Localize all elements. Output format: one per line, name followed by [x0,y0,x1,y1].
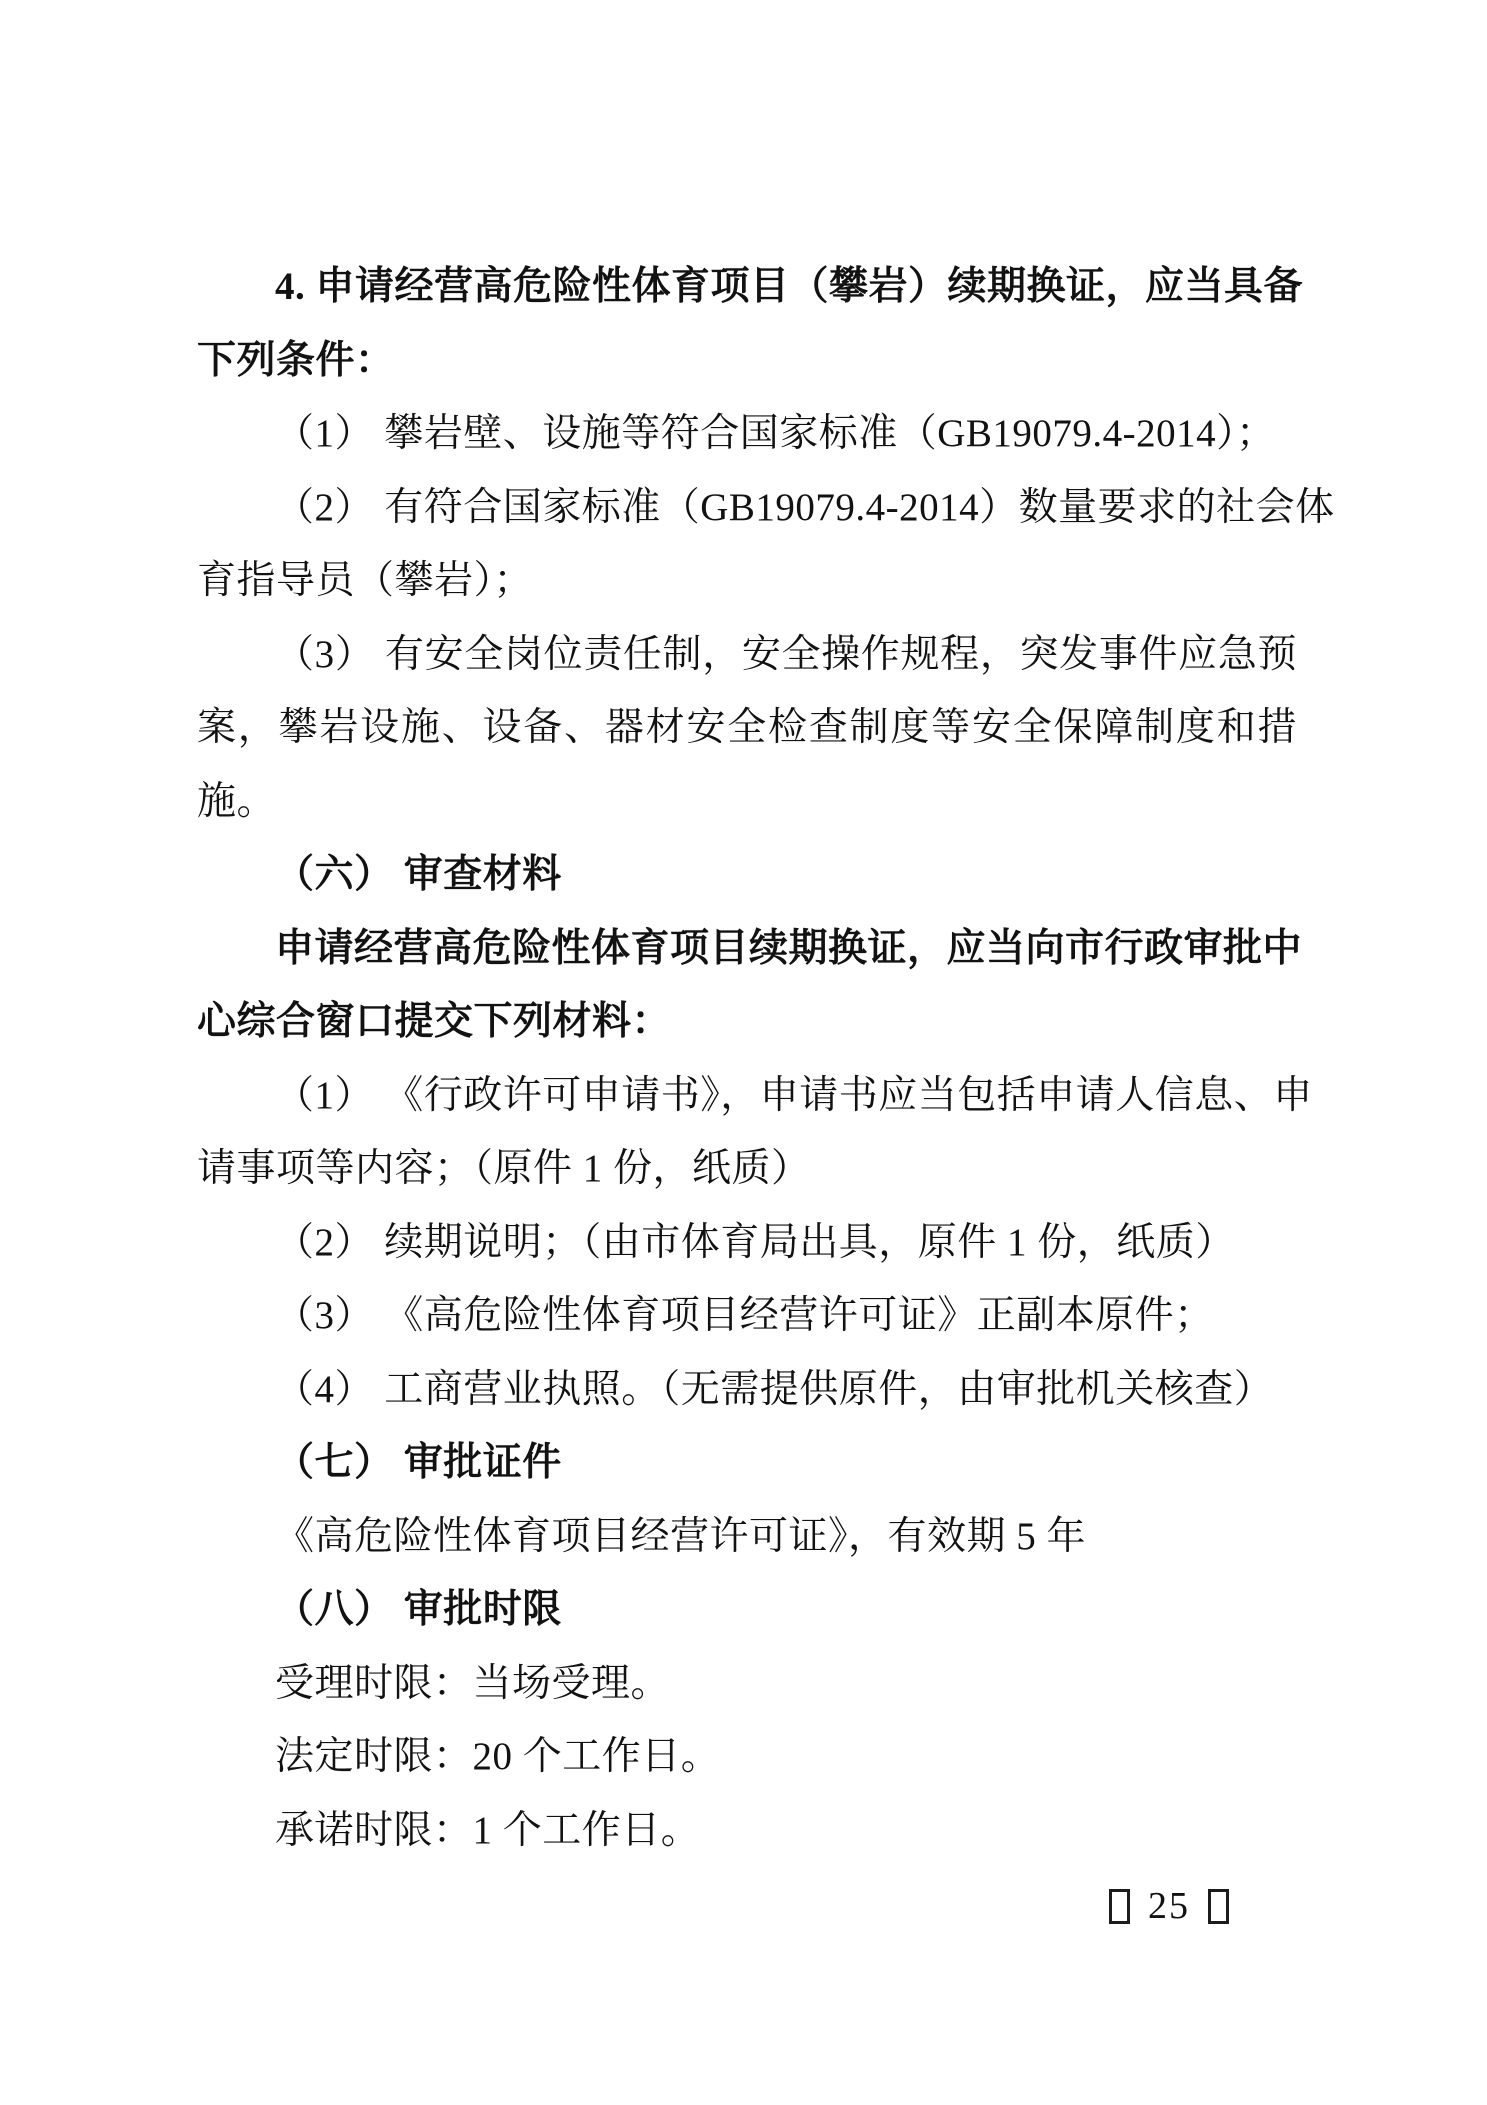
text-line-5: 育指导员（攀岩）； [197,544,1297,618]
page-number: 25 [1148,1882,1190,1930]
text-line-2: 下列条件： [197,324,1297,398]
text-line-10: 申请经营高危险性体育项目续期换证，应当向市行政审批中 [197,912,1297,986]
text-line-9: （六） 审查材料 [197,838,1297,912]
text-line-6: （3） 有安全岗位责任制，安全操作规程，突发事件应急预 [197,618,1297,692]
missing-glyph-box-right [1208,1889,1229,1924]
text-line-20: 受理时限：当场受理。 [197,1647,1297,1721]
text-line-1: 4. 申请经营高危险性体育项目（攀岩）续期换证，应当具备 [197,250,1297,324]
page-footer: 25 [1109,1882,1229,1930]
text-line-17: （七） 审批证件 [197,1426,1297,1500]
text-line-11: 心综合窗口提交下列材料： [197,985,1297,1059]
text-line-16: （4） 工商营业执照。（无需提供原件，由审批机关核查） [197,1353,1297,1427]
text-line-7: 案，攀岩设施、设备、器材安全检查制度等安全保障制度和措 [197,691,1297,765]
text-line-14: （2） 续期说明；（由市体育局出具，原件 1 份，纸质） [197,1206,1297,1280]
text-line-13: 请事项等内容；（原件 1 份，纸质） [197,1132,1297,1206]
missing-glyph-box-left [1109,1889,1130,1924]
text-line-21: 法定时限：20 个工作日。 [197,1720,1297,1794]
text-line-19: （八） 审批时限 [197,1573,1297,1647]
text-line-8: 施。 [197,765,1297,839]
document-body: 4. 申请经营高危险性体育项目（攀岩）续期换证，应当具备下列条件：（1） 攀岩壁… [197,250,1297,1867]
text-line-22: 承诺时限：1 个工作日。 [197,1794,1297,1868]
text-line-3: （1） 攀岩壁、设施等符合国家标准（GB19079.4-2014）； [197,397,1297,471]
text-line-15: （3） 《高危险性体育项目经营许可证》正副本原件； [197,1279,1297,1353]
document-page: 4. 申请经营高危险性体育项目（攀岩）续期换证，应当具备下列条件：（1） 攀岩壁… [0,0,1487,2105]
text-line-4: （2） 有符合国家标准（GB19079.4-2014）数量要求的社会体 [197,471,1297,545]
text-line-12: （1） 《行政许可申请书》，申请书应当包括申请人信息、申 [197,1059,1297,1133]
text-line-18: 《高危险性体育项目经营许可证》，有效期 5 年 [197,1500,1297,1574]
